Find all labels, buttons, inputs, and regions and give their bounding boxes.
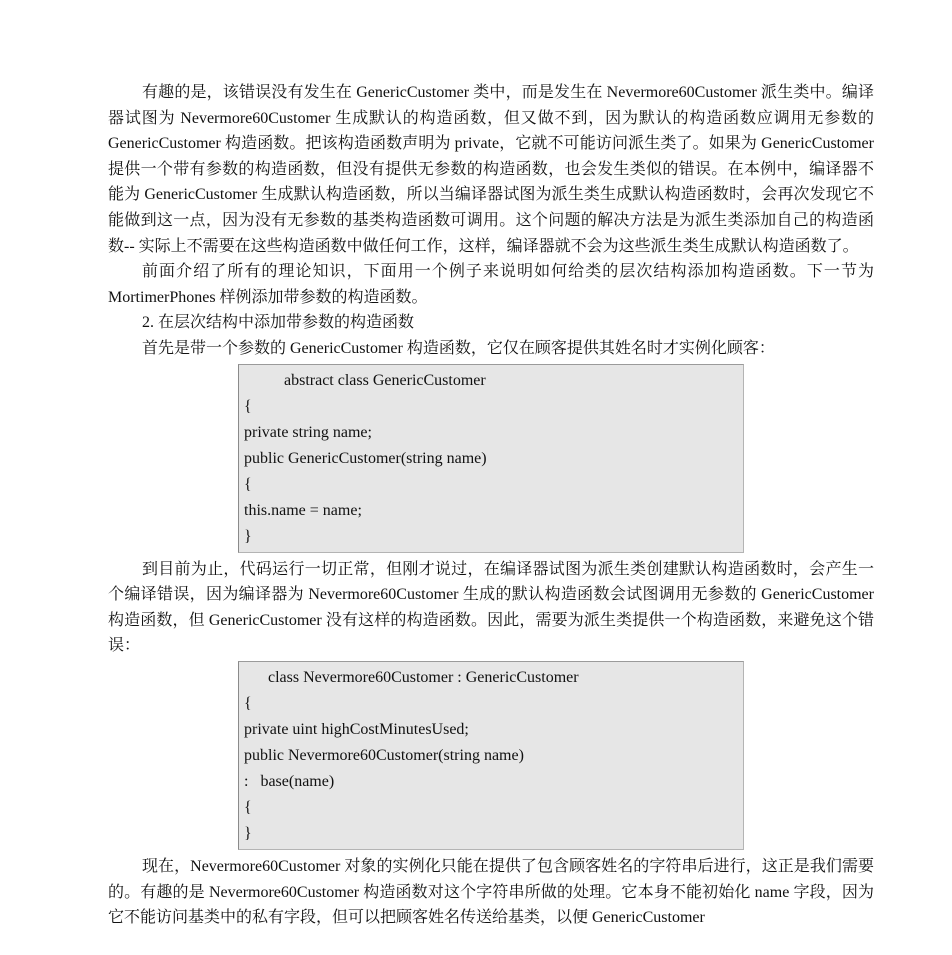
code-line: : base(name) [244, 769, 737, 795]
paragraph-intro-code1: 首先是带一个参数的 GenericCustomer 构造函数，它仅在顾客提供其姓… [108, 336, 874, 362]
code-line: this.name = name; [244, 498, 737, 524]
code-line: } [244, 821, 737, 847]
code-line: { [244, 795, 737, 821]
document-page: 有趣的是，该错误没有发生在 GenericCustomer 类中，而是发生在 N… [108, 80, 874, 931]
code-line: { [244, 472, 737, 498]
paragraph-after-code2: 现在，Nevermore60Customer 对象的实例化只能在提供了包含顾客姓… [108, 854, 874, 931]
code-line: private string name; [244, 420, 737, 446]
code-line: { [244, 691, 737, 717]
code-block-nevermore60-customer: class Nevermore60Customer : GenericCusto… [238, 661, 744, 850]
code-line: public GenericCustomer(string name) [244, 446, 737, 472]
section-heading: 2. 在层次结构中添加带参数的构造函数 [108, 310, 874, 336]
paragraph-error-explanation: 有趣的是，该错误没有发生在 GenericCustomer 类中，而是发生在 N… [108, 80, 874, 259]
paragraph-after-code1: 到目前为止，代码运行一切正常，但刚才说过，在编译器试图为派生类创建默认构造函数时… [108, 557, 874, 659]
code-line: private uint highCostMinutesUsed; [244, 717, 737, 743]
code-line: } [244, 524, 737, 550]
code-line: class Nevermore60Customer : GenericCusto… [244, 665, 737, 691]
code-line: abstract class GenericCustomer [244, 368, 737, 394]
paragraph-theory-summary: 前面介绍了所有的理论知识，下面用一个例子来说明如何给类的层次结构添加构造函数。下… [108, 259, 874, 310]
code-line: { [244, 394, 737, 420]
code-block-generic-customer: abstract class GenericCustomer { private… [238, 364, 744, 553]
code-line: public Nevermore60Customer(string name) [244, 743, 737, 769]
